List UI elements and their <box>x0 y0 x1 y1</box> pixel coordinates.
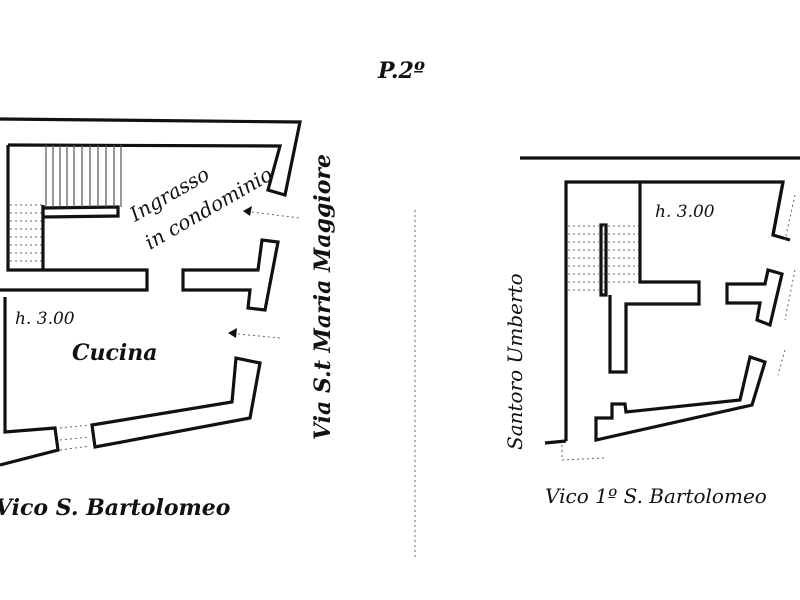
street-santoro-umberto: Santoro Umberto <box>503 273 527 450</box>
street-vico-1-s-bartolomeo: Vico 1º S. Bartolomeo <box>545 484 767 508</box>
right-t-pier <box>727 270 782 325</box>
left-partition-block <box>183 240 278 310</box>
right-stair-stringer <box>601 225 606 295</box>
cucina-bottom-wall <box>92 358 260 447</box>
stair-treads-horizontal <box>10 205 43 270</box>
entry-arrows <box>228 206 300 338</box>
street-vico-s-bartolomeo: Vico S. Bartolomeo <box>0 495 230 521</box>
stair-treads-vertical <box>46 145 121 207</box>
floor-label: P.2º <box>377 58 425 84</box>
stair-landing <box>43 207 118 217</box>
right-stair-treads <box>568 226 640 290</box>
street-via-santa-maria-maggiore: Via S.t Maria Maggiore <box>310 154 336 440</box>
cucina-label: Cucina <box>72 340 158 366</box>
right-bottom-wall <box>596 357 765 440</box>
cucina-height-label: h. 3.00 <box>15 309 75 329</box>
floor-plan-drawing: Ingrasso in condominio h. 3.00 Cucina Vi… <box>0 0 800 600</box>
right-room-height-label: h. 3.00 <box>655 202 715 222</box>
